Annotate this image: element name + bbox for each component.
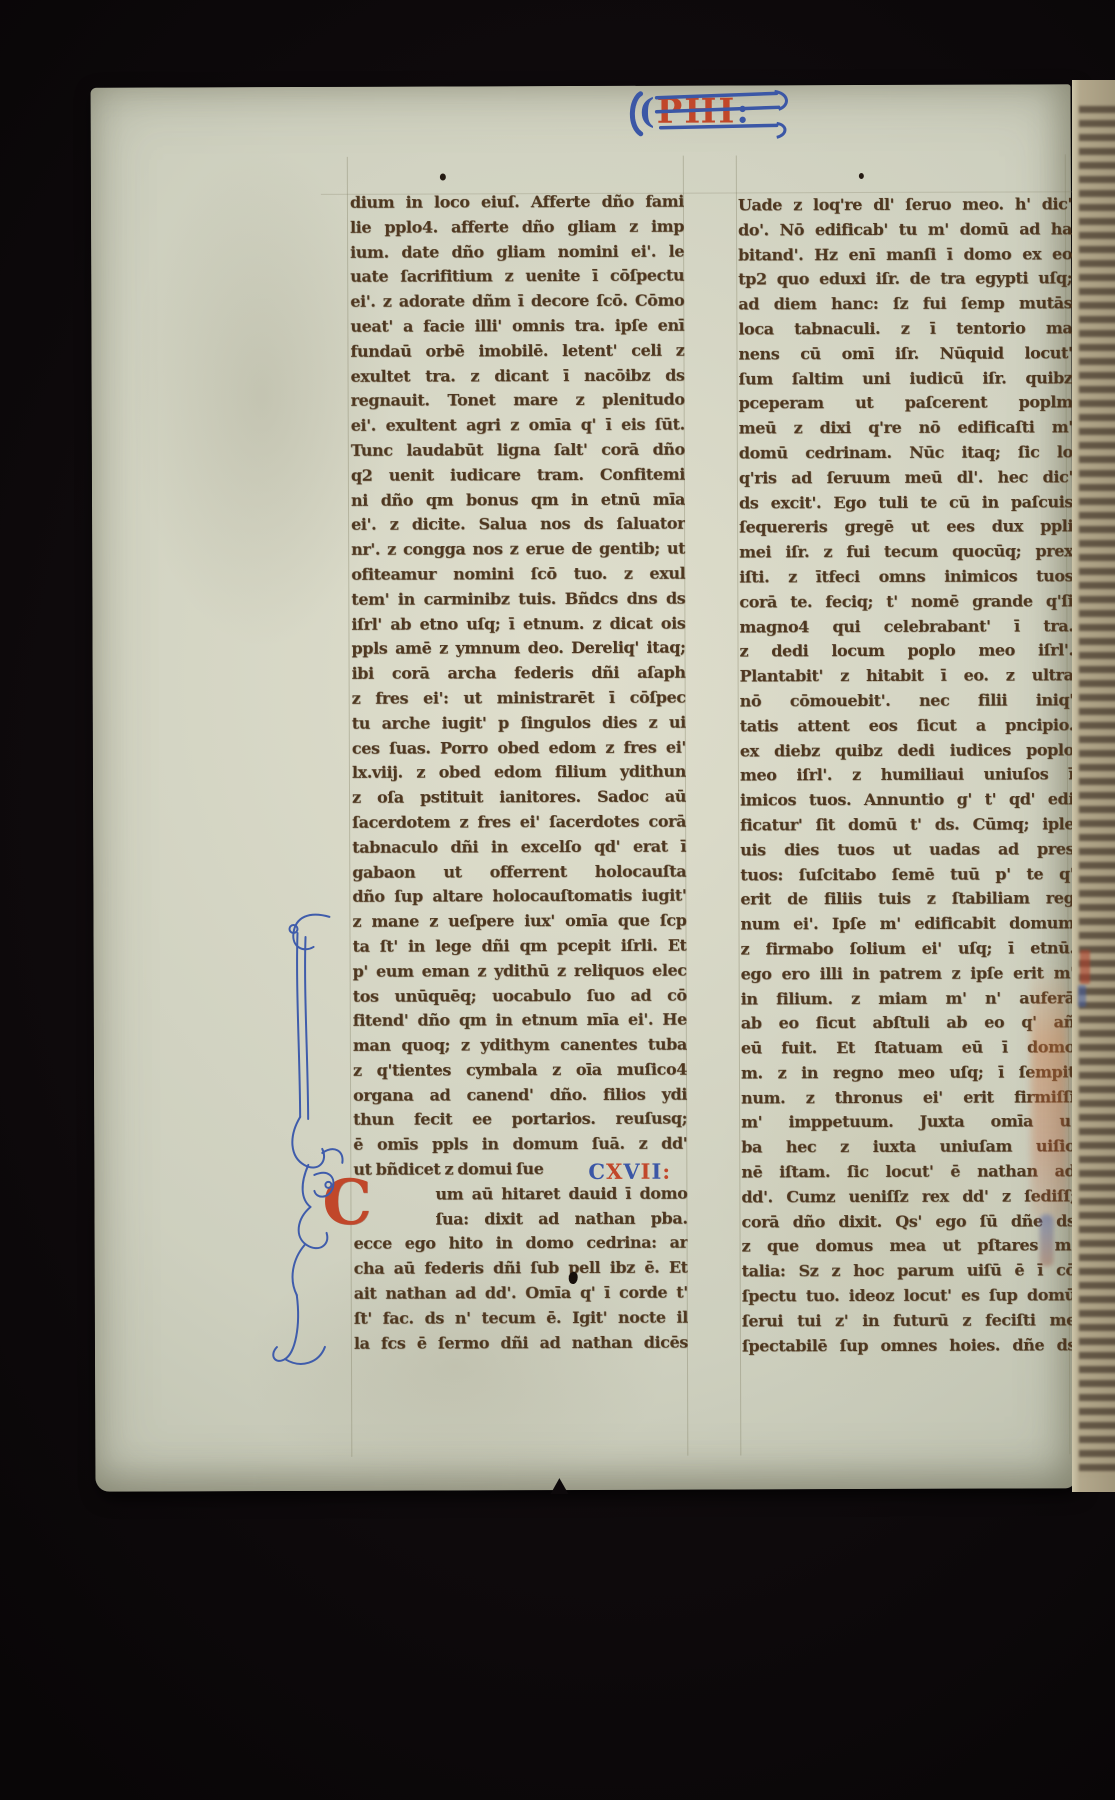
- text-line: iſrl' ab etno uſq; ī etnum. z dicat ois: [351, 611, 685, 637]
- text-line: fundaū orbē imobilē. letent' celi z: [350, 338, 684, 364]
- text-line: ds excit'. Ego tuli te cū in paſcuis: [739, 490, 1073, 516]
- text-line: ecce ego hito in domo cedrina: ar: [354, 1231, 688, 1257]
- text-line: talia: Sz z hoc parum uiſū ē ī cō: [742, 1259, 1076, 1285]
- text-line: q'ris ad ſeruum meū dl'. hec dic': [739, 465, 1073, 491]
- text-line: z fres ei': ut ministrarēt ī cōſpec: [352, 686, 686, 712]
- text-line: ppls amē z ymnum deo. Dereliq' itaq;: [351, 636, 685, 662]
- text-line: ibi corā archa federis dñi aſaph: [352, 661, 686, 687]
- text-line: ium. date dño gliam nomini ei'. le: [350, 239, 684, 265]
- text-line: ad diem hanc: ſz fui ſemp mutās: [738, 291, 1072, 317]
- text-line: domū cedrinam. Nūc itaq; ſic lo: [739, 440, 1073, 466]
- text-line: nē iſtam. ſic locut' ē nathan ad: [741, 1159, 1075, 1185]
- text-line: erit de filiis tuis z ſtabiliam reg: [740, 887, 1074, 913]
- text-line: ei'. z adorate dñm ī decore ſcō. Cōmo: [350, 289, 684, 315]
- chapter-number: CXVII:: [588, 1159, 671, 1184]
- text-line: z que domus mea ut pſtares m': [742, 1234, 1076, 1260]
- ornamental-letter: I: [641, 1159, 652, 1184]
- text-line: magno4 qui celebrabant' ī tra.: [739, 614, 1073, 640]
- text-line: cha aū federis dñi ſub pell ibz ē. Et: [354, 1256, 688, 1282]
- pen-flourish-icon: [269, 907, 361, 1387]
- pigment-smudge: [1031, 964, 1068, 1224]
- text-line: gabaon ut offerrent holocauſta: [352, 859, 686, 885]
- text-line: ei'. z dicite. Salua nos ds ſaluator: [351, 512, 685, 538]
- text-line: corā te. feciq; t' nomē grande q'ſi: [739, 589, 1073, 615]
- text-line: organa ad canend' dño. filios ydi: [353, 1082, 687, 1108]
- text-line: ego ero illi in patrem z ipſe erit m': [741, 961, 1075, 987]
- blurred-text-rows: [1079, 106, 1115, 1476]
- text-line: z mane z ueſpere iux' omīa que ſcp: [352, 909, 686, 935]
- text-line: thun fecit ee portarios. reuſusq;: [353, 1107, 687, 1133]
- text-line: ait nathan ad dd'. Omīa q' ī corde t': [354, 1281, 688, 1307]
- text-line: mei iſr. z fui tecum quocūq; prex: [739, 539, 1073, 565]
- text-line: dño ſup altare holocauſtomatis iugit': [352, 884, 686, 910]
- text-line: bitand'. Hz enī manſi ī domo ex eo: [738, 242, 1072, 268]
- text-line: loca tabnaculi. z ī tentorio ma: [738, 316, 1072, 342]
- text-line: ſpectu tuo. ideoz locut' es ſup domū: [742, 1283, 1076, 1309]
- text-line: m' imppetuum. Juxta omīa u': [741, 1110, 1075, 1136]
- text-line: ſt' fac. ds n' tecum ē. Igit' nocte il: [354, 1305, 688, 1331]
- text-line: ſacerdotem z fres ei' ſacerdotes corā: [352, 810, 686, 836]
- text-line: q2 uenit iudicare tram. Confitemi: [351, 462, 685, 488]
- text-line: um aū hitaret dauid ī domo: [353, 1182, 687, 1208]
- text-line: ni dño qm bonus qm in etnū mīa: [351, 487, 685, 513]
- text-line: ſum ſaltim uni iudicū iſr. quibz: [739, 366, 1073, 392]
- text-line: tatis attent eos ſicut a pncipio.: [740, 713, 1074, 739]
- text-line: num ei'. Ipſe m' edificabit domum: [740, 911, 1074, 937]
- running-title: (PHI:: [639, 87, 789, 140]
- text-line: tp2 quo eduxi iſr. de tra egypti uſq;: [738, 267, 1072, 293]
- text-line: pceperam ut paſcerent poplm: [739, 391, 1073, 417]
- text-line: lie pplo4. afferte dño gliam z imp: [350, 214, 684, 240]
- text-line: dd'. Cumz ueniſſz rex dd' z ſediſſ;: [741, 1184, 1075, 1210]
- text-line: uis dies tuos ut uadas ad pres: [740, 837, 1074, 863]
- ornamental-letter: I: [651, 1159, 662, 1184]
- rubric-mark: [1080, 950, 1090, 984]
- text-column-right: Uade z loq're dl' ſeruo meo. h' dic'do'.…: [738, 192, 1076, 1359]
- text-line: z dedi locum poplo meo iſrl'.: [739, 639, 1073, 665]
- text-line: dium in loco eiuſ. Afferte dño fami: [350, 190, 684, 216]
- text-line: tem' in carminibz tuis. Bñdcs dns ds: [351, 586, 685, 612]
- text-line: nens cū omī iſr. Nūquid locut': [738, 341, 1072, 367]
- text-line: corā dño dixit. Qs' ego ſū dñe ds: [741, 1209, 1075, 1235]
- ink-speck: [440, 173, 446, 180]
- text-line: ei'. exultent agri z omīa q' ī eis ſūt.: [351, 413, 685, 439]
- text-line: regnauit. Tonet mare z plenitudo: [351, 388, 685, 414]
- ornamental-letter: C: [588, 1159, 606, 1184]
- text-line: ueat' a facie illi' omnis tra. ipſe enī: [350, 314, 684, 340]
- text-line: tu arche iugit' p ſingulos dies z ui: [352, 710, 686, 736]
- ornamental-letter: V: [623, 1159, 640, 1184]
- text-line: nō cōmouebit'. nec filii iniq': [740, 688, 1074, 714]
- text-line: ces ſuas. Porro obed edom z fres ei': [352, 735, 686, 761]
- text-line: ē omīs ppls in domum ſuā. z dd': [353, 1132, 687, 1158]
- text-line: ofiteamur nomini ſcō tuo. z exul: [351, 562, 685, 588]
- text-line: z firmabo ſolium ei' uſq; ī etnū.: [741, 936, 1075, 962]
- text-line: tabnaculo dñi in excelſo qd' erat ī: [352, 834, 686, 860]
- manuscript-page: (PHI: dium in loco eiuſ. Afferte dño fam…: [91, 84, 1076, 1491]
- text-line: man quoq; z ydithym canentes tuba: [353, 1033, 687, 1059]
- text-line: in filium. z miam m' n' auferā: [741, 986, 1075, 1012]
- text-line: Plantabit' z hitabit ī eo. z ultra: [740, 663, 1074, 689]
- text-line: lx.viij. z obed edom filium ydithun: [352, 760, 686, 786]
- text-line: ba hec z iuxta uniuſam uiſio: [741, 1135, 1075, 1161]
- text-line: ſua: dixit ad nathan pba.: [353, 1206, 687, 1232]
- ornamental-letter: X: [606, 1159, 623, 1184]
- text-line: tuos: ſuſcitabo ſemē tuū p' te q': [740, 862, 1074, 888]
- text-line: do'. Nō edificab' tu m' domū ad ha: [738, 217, 1072, 243]
- text-line: ab eo ſicut abſtuli ab eo q' añ: [741, 1011, 1075, 1037]
- text-line: ſerui tui z' in futurū z feciſti me: [742, 1308, 1076, 1334]
- text-line: imicos tuos. Annuntio g' t' qd' edi: [740, 787, 1074, 813]
- text-line: ſpectabilē ſup omnes hoies. dñe ds: [742, 1333, 1076, 1359]
- text-line: z oſa pstituit ianitores. Sadoc aū: [352, 785, 686, 811]
- text-line: eū fuit. Et ſtatuam eū ī domo: [741, 1035, 1075, 1061]
- book-fore-edge: [1072, 80, 1115, 1492]
- text-line: uate ſacrifitium z uenite ī cōſpectu: [350, 264, 684, 290]
- photograph-scene: (PHI: dium in loco eiuſ. Afferte dño fam…: [0, 0, 1115, 1800]
- text-line: p' eum eman z ydithū z reliquos elec: [353, 958, 687, 984]
- text-line: ſequereris gregē ut ees dux ppli: [739, 515, 1073, 541]
- text-line: ta ſt' in lege dñi qm pcepit iſrli. Et: [353, 934, 687, 960]
- text-line: tos unūquēq; uocabulo ſuo ad cō: [353, 983, 687, 1009]
- text-line: Uade z loq're dl' ſeruo meo. h' dic': [738, 192, 1072, 218]
- text-line: nr'. z congga nos z erue de gentib; ut: [351, 537, 685, 563]
- text-line: meū z dixi q're nō edificaſti m': [739, 415, 1073, 441]
- text-line: z q'tientes cymbala z oīa muſico4: [353, 1058, 687, 1084]
- text-line: num. z thronus ei' erit firmiſſi: [741, 1085, 1075, 1111]
- page-edge-notch: [550, 1478, 568, 1494]
- text-line: exultet tra. z dicant ī nacōibz ds: [351, 363, 685, 389]
- text-line: fitend' dño qm in etnum mīa ei'. He: [353, 1008, 687, 1034]
- ornamental-letter: :: [662, 1159, 671, 1184]
- text-line: Tunc laudabūt ligna ſalt' corā dño: [351, 438, 685, 464]
- text-line: ex diebz quibz dedi iudices poplo: [740, 738, 1074, 764]
- text-line: m. z in regno meo uſq; ī ſempit: [741, 1060, 1075, 1086]
- penwork-flourish-icon: [627, 85, 797, 144]
- text-line: iſti. z ītfeci omns inimicos tuos: [739, 564, 1073, 590]
- text-line: ficatur' ſit domū t' ds. Cūmq; iple: [740, 812, 1074, 838]
- pigment-smudge: [1039, 1214, 1053, 1266]
- text-line: la fcs ē ſermo dñi ad nathan dicēs: [354, 1330, 688, 1356]
- ink-speck: [859, 173, 864, 179]
- text-line: meo iſrl'. z humiliaui uniuſos ī: [740, 763, 1074, 789]
- penwork-mark: [1078, 985, 1086, 1007]
